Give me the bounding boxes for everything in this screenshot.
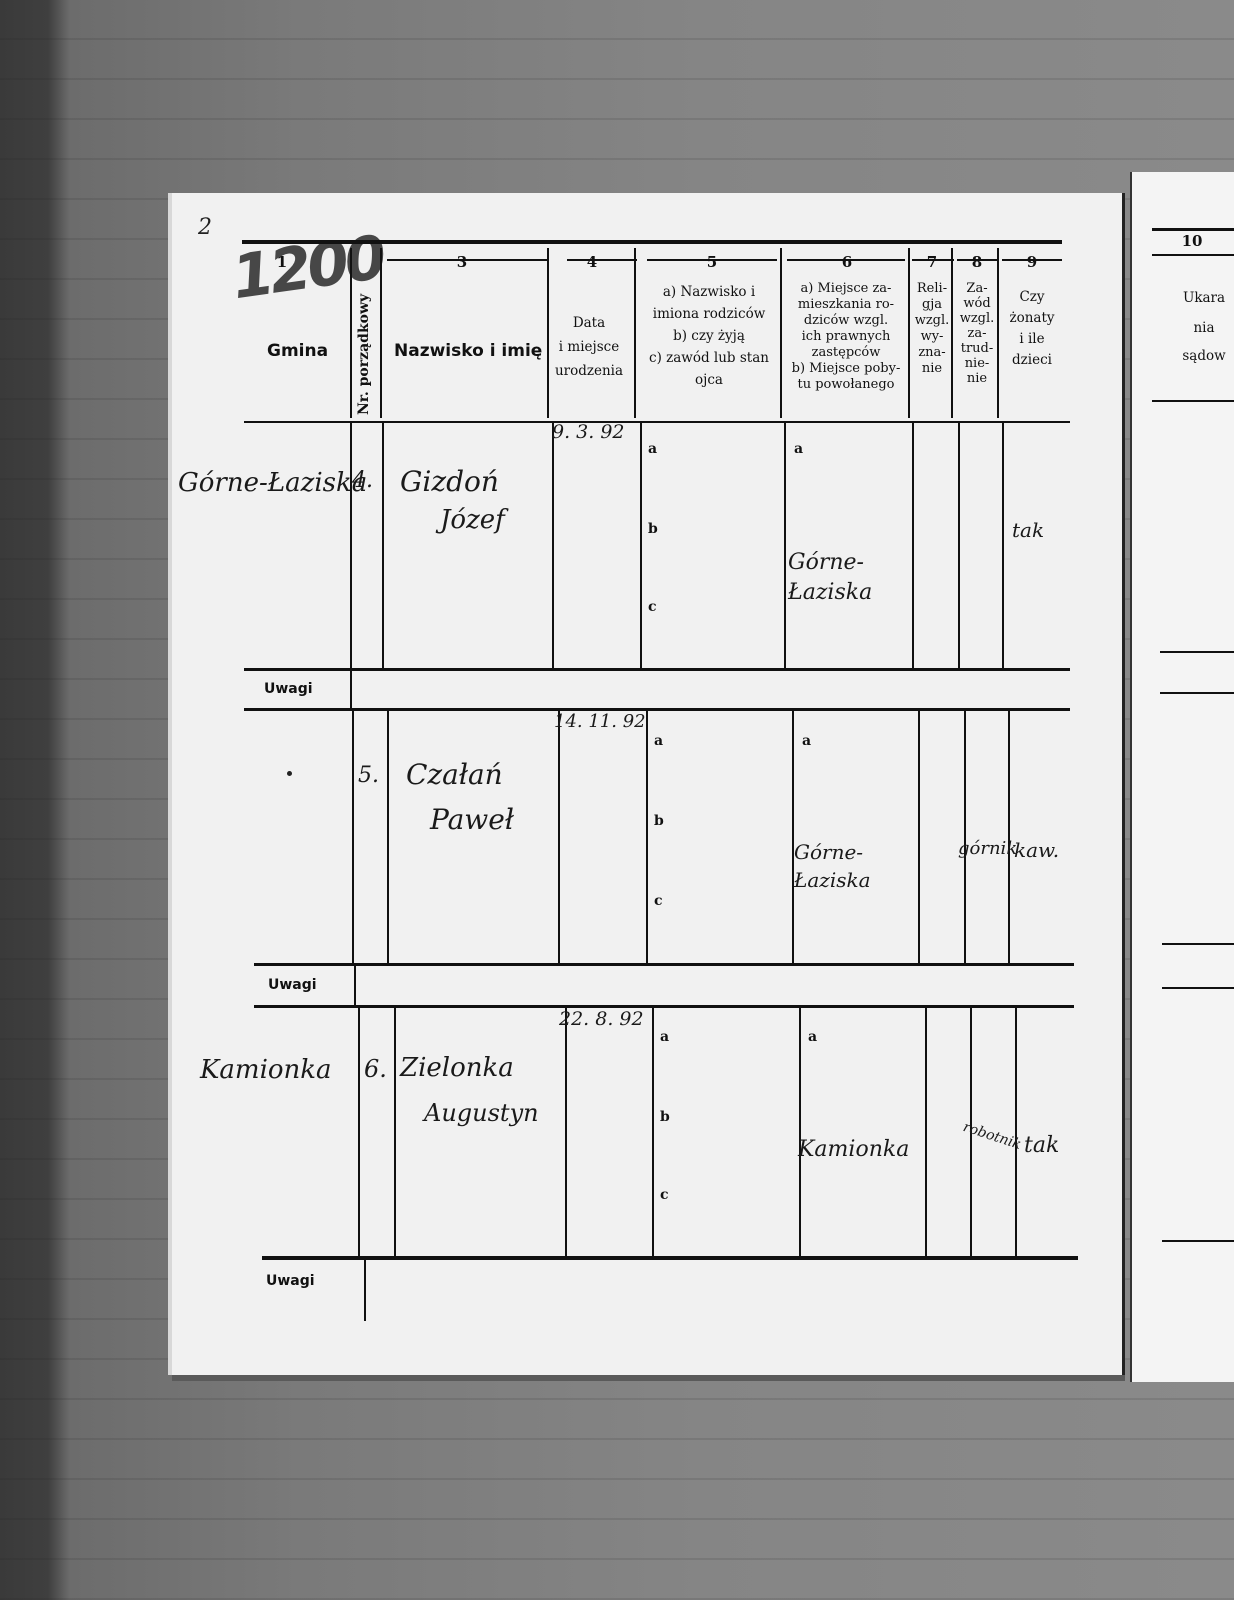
record-2-label-c: c <box>654 893 663 909</box>
col-10-number: 10 <box>1172 232 1212 250</box>
record-2-parents-residence: Górne-Łaziska <box>794 838 914 894</box>
col-6-number: 6 <box>827 253 867 271</box>
record-1-parents-residence: Górne-Łaziska <box>788 548 908 608</box>
record-1-birth-date: 9. 3. 92 <box>552 421 625 443</box>
record-3-given-name: Augustyn <box>424 1099 539 1127</box>
record-2-remarks <box>362 971 1062 1001</box>
record-1-given-name: Józef <box>440 505 505 535</box>
col-8-label: Za- wód wzgl. za- trud- nie- nie <box>955 281 999 386</box>
record-1-remarks-label: Uwagi <box>264 681 313 697</box>
record-1-label-a: a <box>648 441 657 457</box>
col-1-label: Gmina <box>267 341 328 361</box>
record-2-col6-label-a: a <box>802 733 811 749</box>
facing-page: 10 Ukara nia sądow <box>1130 172 1234 1382</box>
col-10-label-1: Ukara <box>1154 290 1234 307</box>
col-5-label: a) Nazwisko i imiona rodziców b) czy żyj… <box>634 281 784 391</box>
record-2-surname: Czałań <box>406 758 503 791</box>
record-1-surname: Gizdoń <box>400 465 499 498</box>
col-1-number: 1 <box>262 253 302 271</box>
record-3-label-c: c <box>660 1187 669 1203</box>
record-3-gmina: Kamionka <box>200 1055 332 1085</box>
col-3-number: 3 <box>442 253 482 271</box>
register-page: 2 1200 1 3 4 5 6 7 8 9 Gmina Nr. porządk… <box>172 193 1125 1375</box>
record-2-married: kaw. <box>1014 838 1059 862</box>
record-2-remarks-label: Uwagi <box>268 977 317 993</box>
record-1-label-c: c <box>648 599 657 615</box>
record-2-label-a: a <box>654 733 663 749</box>
col-7-label: Reli- gja wzgl. wy- zna- nie <box>910 281 954 377</box>
record-2-birth-date: 14. 11. 92 <box>554 711 646 732</box>
col-10-label-3: sądow <box>1154 348 1234 365</box>
record-2-given-name: Paweł <box>430 803 514 836</box>
record-1-col6-label-a: a <box>794 441 803 457</box>
col-4-number: 4 <box>572 253 612 271</box>
record-3-nr: 6. <box>364 1055 387 1083</box>
col-3-label: Nazwisko i imię <box>394 341 542 361</box>
corner-mark: 2 <box>198 215 212 240</box>
record-1-gmina: Górne-Łaziska <box>178 468 367 498</box>
record-3-label-b: b <box>660 1109 670 1125</box>
record-1-label-b: b <box>648 521 658 537</box>
record-3-surname: Zielonka <box>400 1053 514 1083</box>
col-8-number: 8 <box>962 253 992 271</box>
record-1-married: tak <box>1012 518 1044 542</box>
col-9-number: 9 <box>1012 253 1052 271</box>
col-2-label: Nr. porządkowy <box>356 294 372 415</box>
col-7-number: 7 <box>917 253 947 271</box>
record-3-label-a: a <box>660 1029 669 1045</box>
col-6-label: a) Miejsce za- mieszkania ro- dziców wzg… <box>782 281 910 393</box>
col-10-label-2: nia <box>1164 320 1234 337</box>
record-2-nr: 5. <box>358 763 379 788</box>
col-4-label: Data i miejsce urodzenia <box>549 311 629 383</box>
col-9-label: Czy żonaty i ile dzieci <box>1000 287 1064 371</box>
record-3-birth-date: 22. 8. 92 <box>559 1008 644 1030</box>
record-2-label-b: b <box>654 813 664 829</box>
record-3-col6-label-a: a <box>808 1029 817 1045</box>
record-3-parents-residence: Kamionka <box>798 1137 909 1162</box>
record-3-remarks-label: Uwagi <box>266 1273 315 1289</box>
record-1-nr: 4. <box>352 468 373 493</box>
record-3-remarks <box>372 1268 1072 1308</box>
col-5-number: 5 <box>692 253 732 271</box>
record-2-occupation: górnik <box>958 838 1017 859</box>
record-1-remarks <box>357 677 1057 705</box>
record-3-married: tak <box>1024 1133 1059 1158</box>
record-2-dot <box>287 771 292 776</box>
